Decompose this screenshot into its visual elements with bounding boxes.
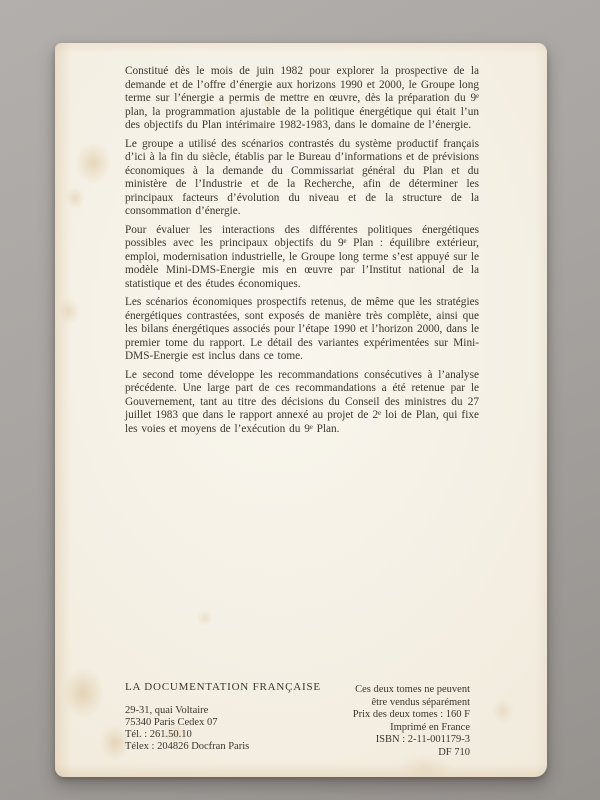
blurb-paragraph: Pour évaluer les interactions des différ… — [125, 224, 479, 292]
blurb-paragraph: Le groupe a utilisé des scénarios contra… — [125, 138, 479, 219]
address-line: Télex : 204826 Docfran Paris — [125, 741, 321, 753]
sales-info-line: Ces deux tomes ne peuvent — [353, 684, 470, 697]
sales-info-line: ISBN : 2-11-001179-3 — [353, 734, 470, 747]
address-line: Tél. : 261.50.10 — [125, 729, 321, 741]
sales-info-block: Ces deux tomes ne peuvent être vendus sé… — [353, 684, 470, 760]
publisher-name: LA DOCUMENTATION FRANÇAISE — [125, 681, 321, 693]
address-line: 75340 Paris Cedex 07 — [125, 717, 321, 729]
blurb-paragraph: Constitué dès le mois de juin 1982 pour … — [125, 65, 479, 133]
sales-info-line: Imprimé en France — [353, 722, 470, 735]
publisher-address: 29-31, quai Voltaire 75340 Paris Cedex 0… — [125, 705, 321, 753]
back-cover-blurb: Constitué dès le mois de juin 1982 pour … — [125, 65, 479, 441]
sales-info-line: DF 710 — [353, 747, 470, 760]
book-back-cover: Constitué dès le mois de juin 1982 pour … — [55, 43, 547, 777]
blurb-paragraph: Le second tome développe les recommandat… — [125, 369, 479, 437]
blurb-paragraph: Les scénarios économiques prospectifs re… — [125, 296, 479, 364]
sales-info-line: Prix des deux tomes : 160 F — [353, 709, 470, 722]
publisher-block: LA DOCUMENTATION FRANÇAISE 29-31, quai V… — [125, 681, 321, 753]
address-line: 29-31, quai Voltaire — [125, 705, 321, 717]
photo-backdrop: Constitué dès le mois de juin 1982 pour … — [0, 0, 600, 800]
sales-info-line: être vendus séparément — [353, 697, 470, 710]
